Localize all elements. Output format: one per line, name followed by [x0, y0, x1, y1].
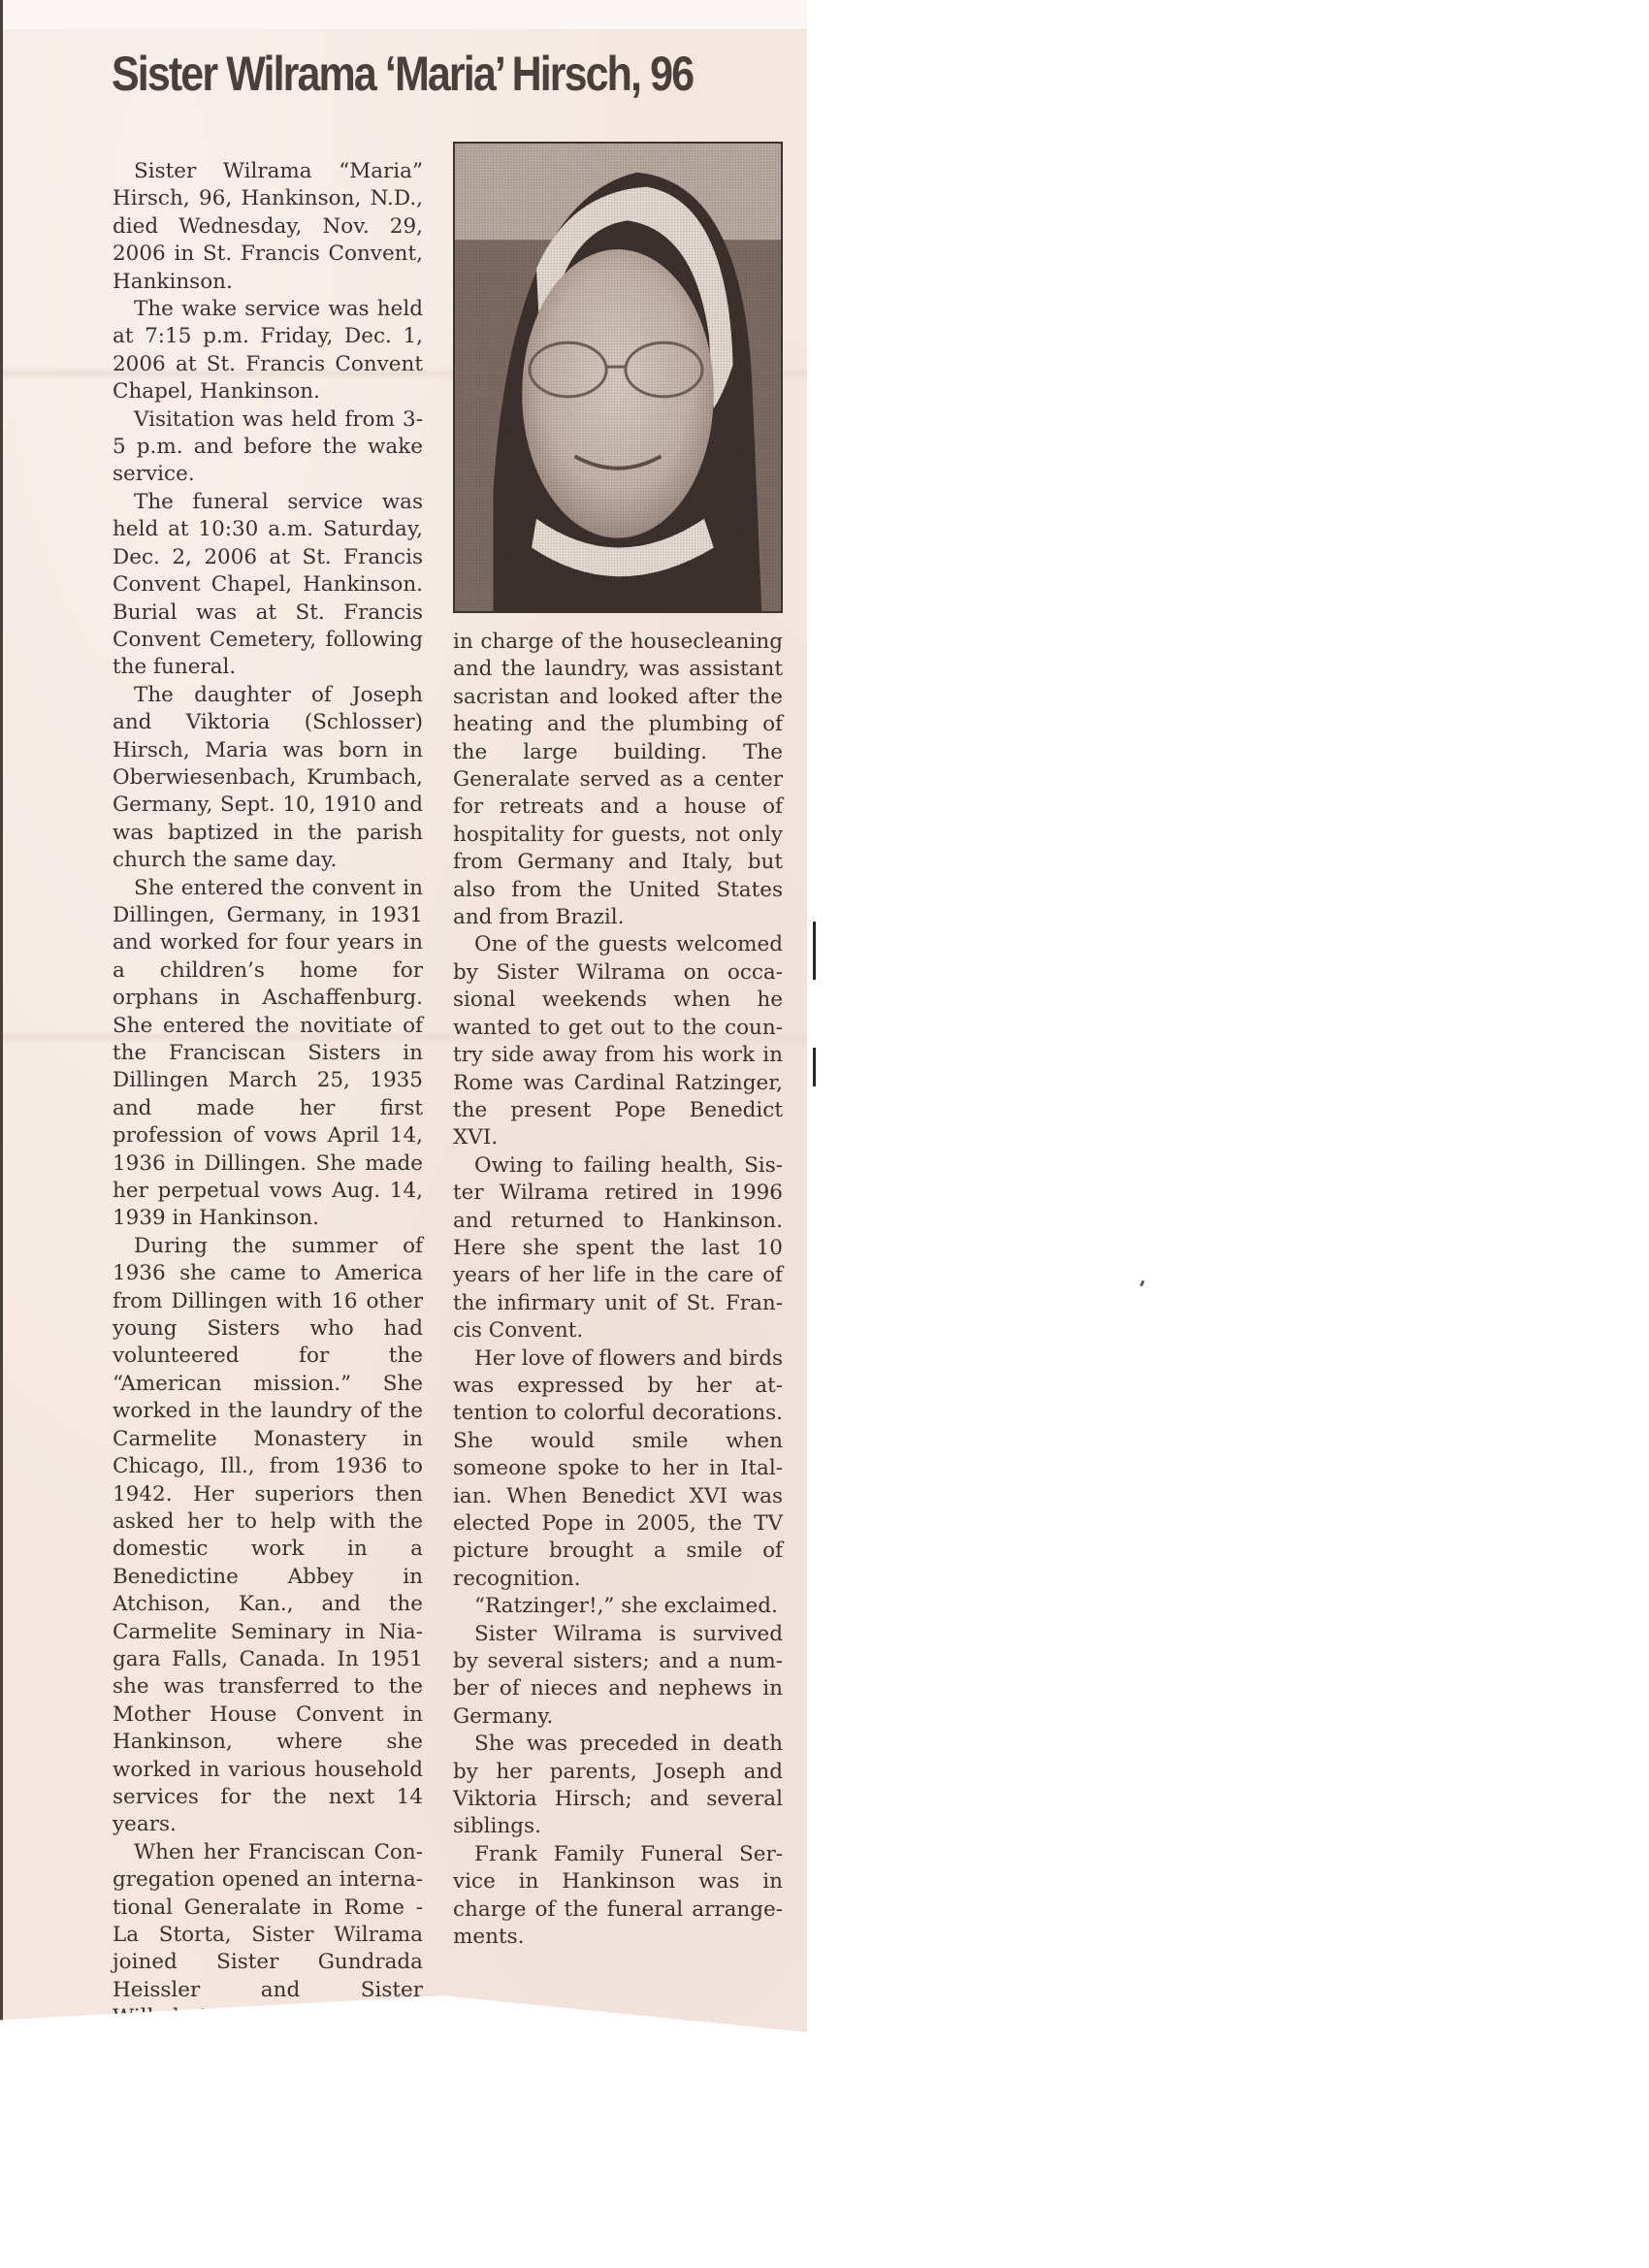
paragraph-funeral-service: The funeral service was held at 10:30 a.…	[113, 489, 423, 682]
portrait-photo	[453, 142, 783, 613]
paragraph-wake-service: The wake service was held at 7:15 p.m. F…	[113, 296, 423, 406]
paragraph-cardinal-ratzinger: One of the guests welcomed by Sister Wil…	[453, 931, 783, 1151]
right-text-column: in charge of the houseclean­ing and the …	[453, 629, 783, 1952]
paragraph-generalate-continued: in charge of the houseclean­ing and the …	[453, 629, 783, 931]
paragraph-convent-entry: She entered the convent in Dillingen, Ge…	[113, 875, 423, 1233]
obituary-headline: Sister Wilrama ‘Maria’ Hirsch, 96	[112, 45, 695, 103]
scan-edge-mark	[813, 922, 816, 980]
paragraph-love-of-flowers: Her love of flowers and birds was expres…	[453, 1345, 783, 1594]
paragraph-ratzinger-quote: “Ratzinger!,” she ex­claimed.	[453, 1593, 783, 1620]
portrait-photo-icon	[455, 144, 781, 611]
paragraph-generalate: When her Franciscan Con­gregation opened…	[113, 1839, 423, 2142]
paragraph-retirement: Owing to failing health, Sis­ter Wilrama…	[453, 1152, 783, 1345]
clipping-top-edge	[3, 0, 810, 29]
scan-speck	[1140, 1280, 1145, 1287]
paragraph-survivors: Sister Wilrama is survived by several si…	[453, 1621, 783, 1732]
paragraph-death-notice: Sister Wilrama “Maria” Hirsch, 96, Hanki…	[113, 158, 423, 296]
paragraph-america: During the summer of 1936 she came to Am…	[113, 1233, 423, 1839]
left-text-column: Sister Wilrama “Maria” Hirsch, 96, Hanki…	[113, 158, 423, 2142]
paragraph-preceded-in-death: She was preceded in death by her parents…	[453, 1731, 783, 1841]
scan-edge-mark	[813, 1048, 816, 1086]
paragraph-visitation: Visitation was held from 3-5 p.m. and be…	[113, 406, 423, 489]
paragraph-birth: The daughter of Joseph and Viktoria (Sch…	[113, 682, 423, 875]
newspaper-clipping: Sister Wilrama ‘Maria’ Hirsch, 96 Sister…	[0, 0, 807, 2032]
bleed-through-text	[624, 1979, 628, 1994]
paragraph-funeral-home: Frank Family Funeral Ser­vice in Hankins…	[453, 1841, 783, 1952]
